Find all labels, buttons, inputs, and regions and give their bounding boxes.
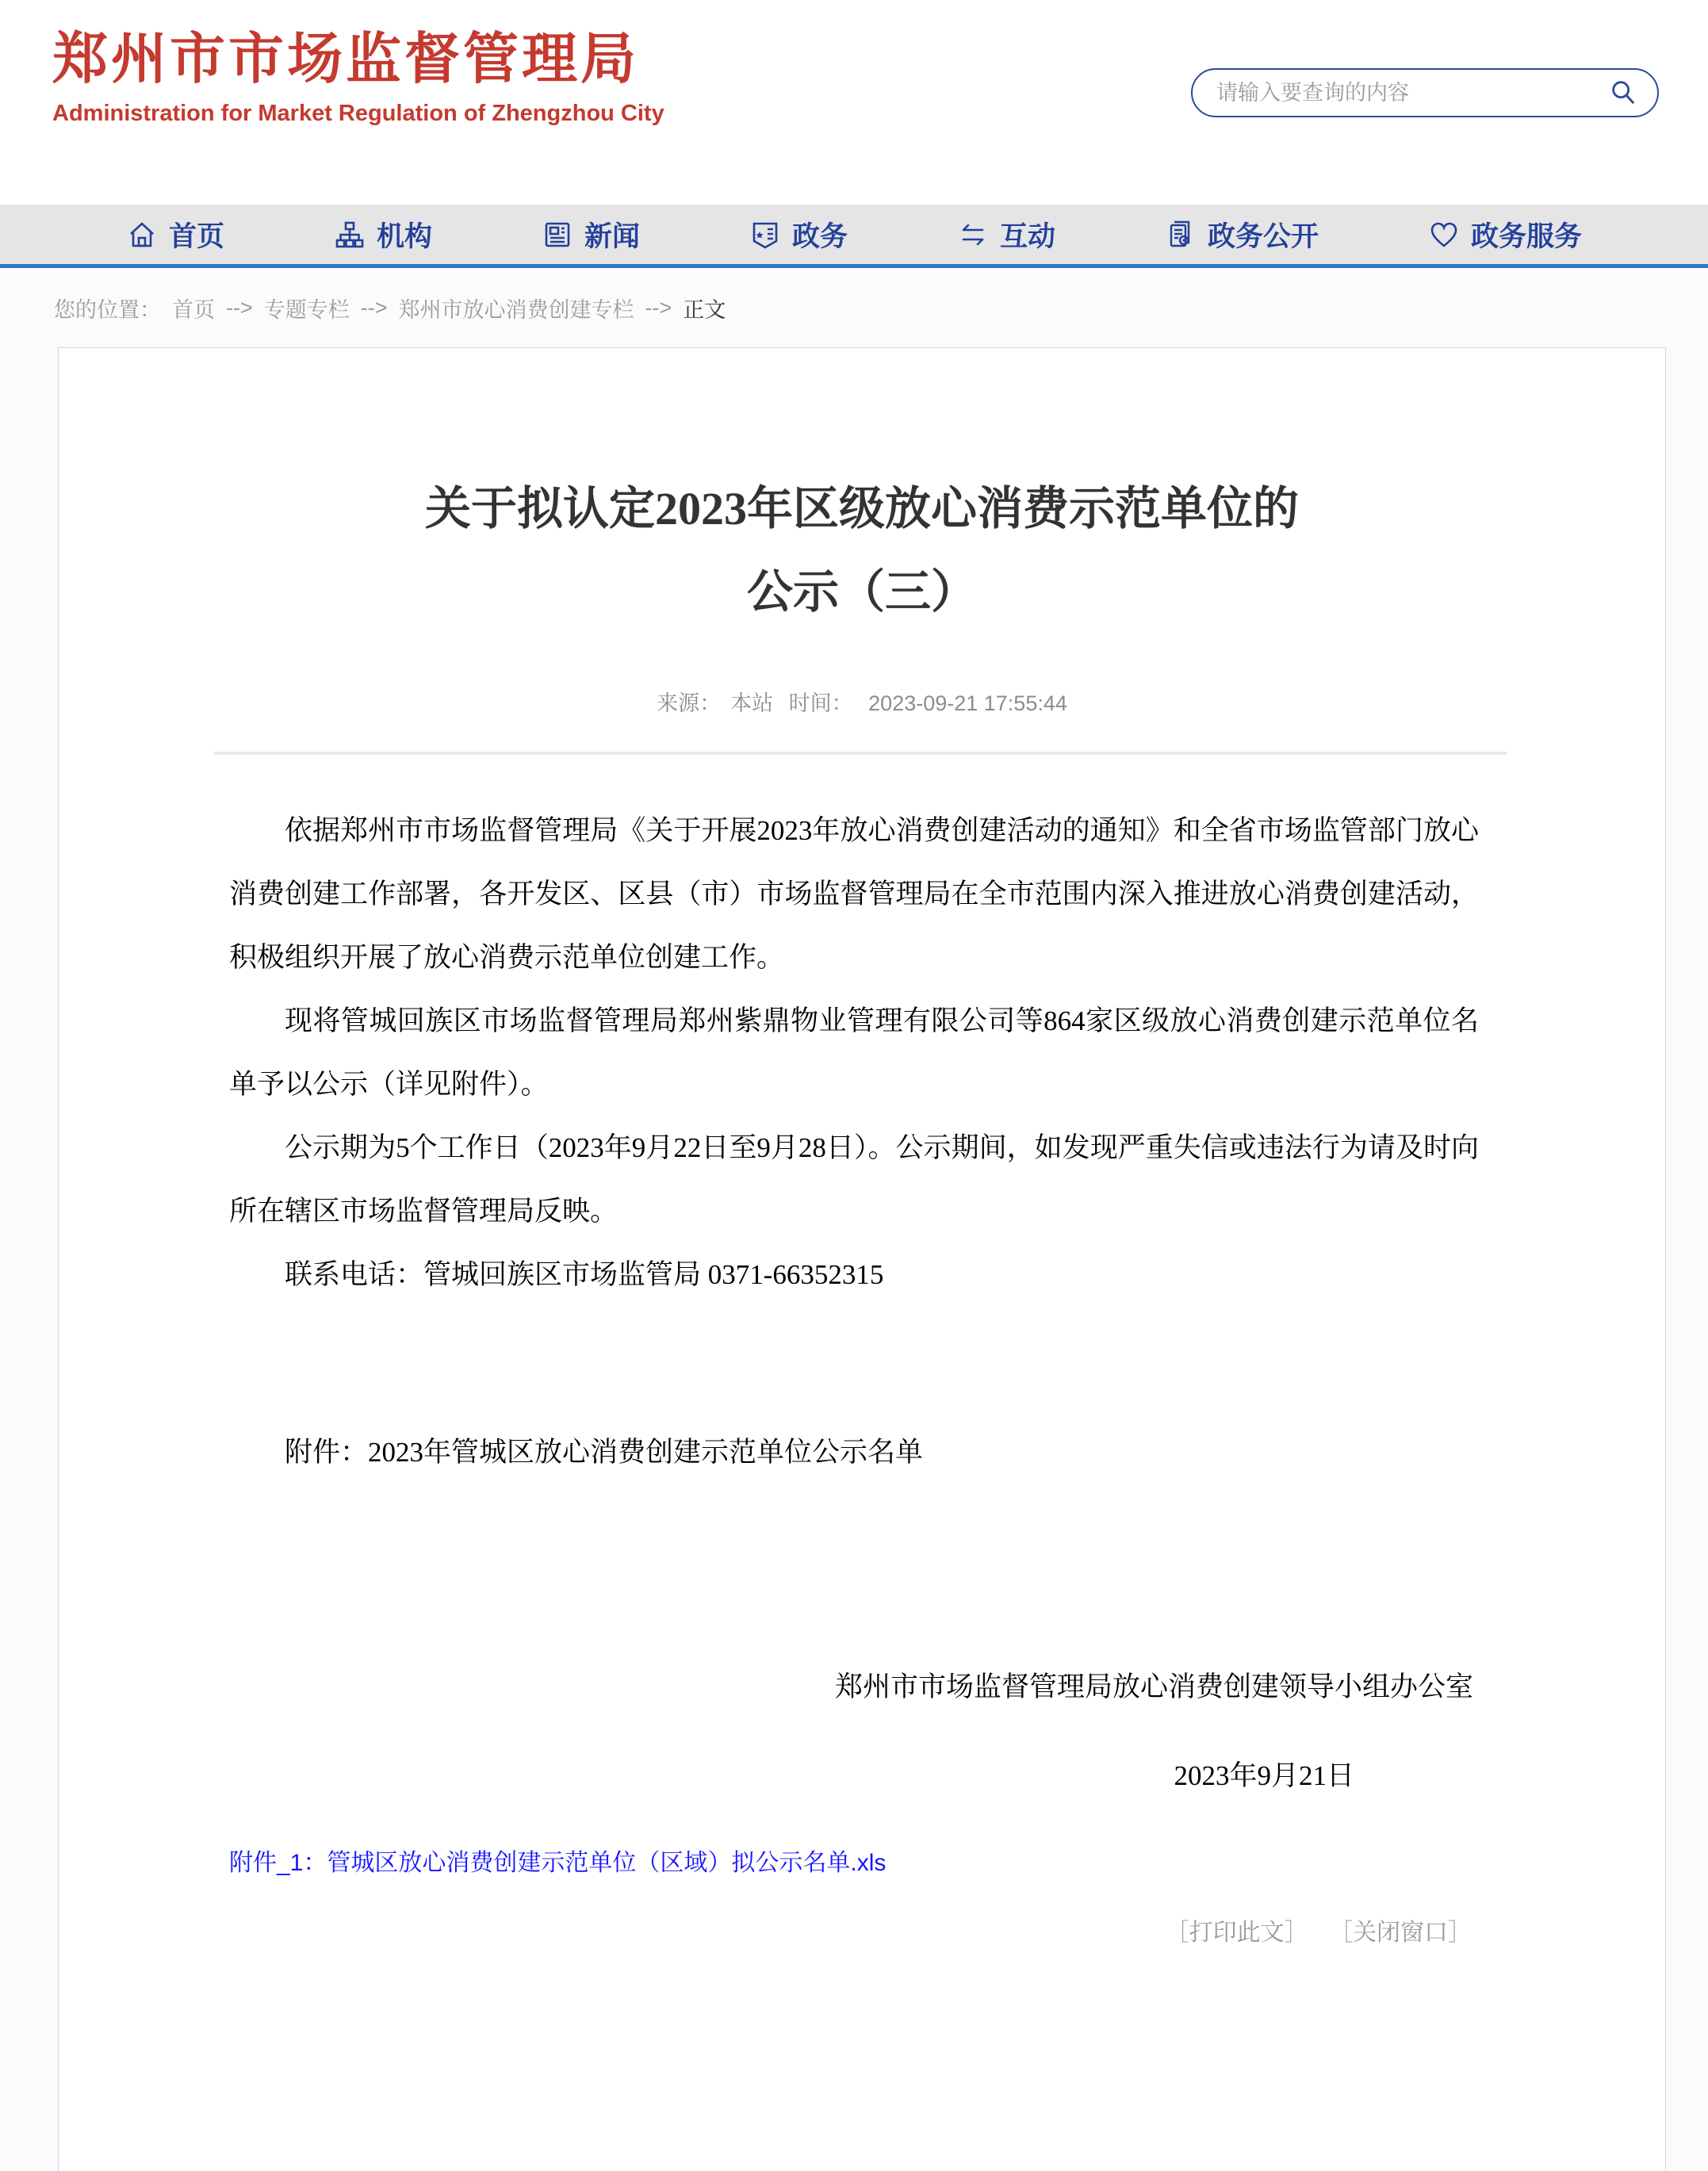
time-value: 2023-09-21 17:55:44 (868, 691, 1067, 715)
breadcrumb-separator: --> (361, 296, 388, 320)
search-box[interactable] (1191, 68, 1659, 117)
site-logo-subtitle: Administration for Market Regulation of … (52, 101, 664, 127)
org-chart-icon (334, 219, 366, 251)
article-body: 依据郑州市市场监督管理局《关于开展2023年放心消费创建活动的通知》和全省市场监… (59, 799, 1665, 1307)
attachment-links: 附件_1：管城区放心消费创建示范单位（区域）拟公示名单.xls (59, 1843, 1665, 1878)
breadcrumb-item-topics[interactable]: 专题专栏 (264, 293, 350, 324)
nav-item-label: 互动 (1000, 215, 1055, 255)
print-button[interactable]: ［打印此文］ (1166, 1920, 1308, 1946)
close-window-button[interactable]: ［关闭窗口］ (1329, 1920, 1472, 1946)
search-icon[interactable] (1608, 78, 1638, 108)
document-gear-icon (1165, 219, 1197, 251)
nav-item-label: 政务服务 (1471, 215, 1582, 255)
nav-item-label: 首页 (169, 215, 224, 255)
nav-item-home[interactable]: 首页 (126, 215, 224, 255)
article-title: 关于拟认定2023年区级放心消费示范单位的 公示（三） (186, 467, 1538, 634)
breadcrumb-separator: --> (226, 296, 253, 320)
paragraph: 依据郑州市市场监督管理局《关于开展2023年放心消费创建活动的通知》和全省市场监… (229, 799, 1479, 990)
breadcrumb-label: 您的位置： (54, 293, 161, 324)
nav-item-label: 政务 (792, 215, 848, 255)
article-title-line1: 关于拟认定2023年区级放心消费示范单位的 (425, 483, 1299, 534)
site-header: 郑州市市场监督管理局 Administration for Market Reg… (0, 0, 1708, 205)
nav-item-label: 机构 (377, 215, 432, 255)
signature: 郑州市市场监督管理局放心消费创建领导小组办公室 (59, 1665, 1665, 1705)
breadcrumb-item-column[interactable]: 郑州市放心消费创建专栏 (399, 293, 634, 324)
signature-date: 2023年9月21日 (59, 1754, 1665, 1794)
site-logo-title: 郑州市市场监督管理局 (52, 29, 664, 90)
paragraph: 现将管城回族区市场监督管理局郑州紫鼎物业管理有限公司等864家区级放心消费创建示… (229, 990, 1479, 1116)
swap-arrows-icon (957, 219, 989, 251)
breadcrumb-separator: --> (645, 296, 672, 320)
doc-actions: ［打印此文］ ［关闭窗口］ (59, 1913, 1665, 1947)
main-nav: 首页 机构 新闻 政务 互动 (0, 205, 1708, 268)
meta-divider (214, 752, 1507, 755)
paragraph: 联系电话：管城回族区市场监管局 0371-66352315 (229, 1243, 1479, 1307)
nav-item-interact[interactable]: 互动 (957, 215, 1055, 255)
source-label: 来源： (657, 691, 721, 715)
article-card: 关于拟认定2023年区级放心消费示范单位的 公示（三） 来源：本站 时间： 20… (58, 347, 1666, 2070)
attachment-note: 附件：2023年管城区放心消费创建示范单位公示名单 (59, 1421, 1665, 1484)
time-label: 时间： (789, 691, 853, 715)
attachment-file-link[interactable]: 附件_1：管城区放心消费创建示范单位（区域）拟公示名单.xls (229, 1850, 886, 1876)
home-icon (126, 219, 158, 251)
badge-star-icon (749, 219, 781, 251)
article-title-line2: 公示（三） (747, 566, 977, 618)
nav-item-label: 政务公开 (1208, 215, 1319, 255)
search-input[interactable] (1216, 81, 1608, 105)
nav-item-service[interactable]: 政务服务 (1428, 215, 1582, 255)
nav-item-news[interactable]: 新闻 (542, 215, 640, 255)
nav-item-disclosure[interactable]: 政务公开 (1165, 215, 1319, 255)
breadcrumb: 您的位置： 首页 --> 专题专栏 --> 郑州市放心消费创建专栏 --> 正文 (0, 268, 1708, 347)
source-value: 本站 (730, 691, 773, 715)
article-meta: 来源：本站 时间： 2023-09-21 17:55:44 (59, 686, 1665, 717)
nav-item-org[interactable]: 机构 (334, 215, 432, 255)
breadcrumb-item-current: 正文 (683, 293, 726, 324)
heart-icon (1428, 219, 1460, 251)
breadcrumb-item-home[interactable]: 首页 (172, 293, 215, 324)
nav-item-gov[interactable]: 政务 (749, 215, 848, 255)
newspaper-icon (542, 219, 573, 251)
paragraph: 公示期为5个工作日（2023年9月22日至9月28日）。公示期间，如发现严重失信… (229, 1116, 1479, 1243)
nav-item-label: 新闻 (584, 215, 640, 255)
site-logo[interactable]: 郑州市市场监督管理局 Administration for Market Reg… (52, 29, 664, 127)
